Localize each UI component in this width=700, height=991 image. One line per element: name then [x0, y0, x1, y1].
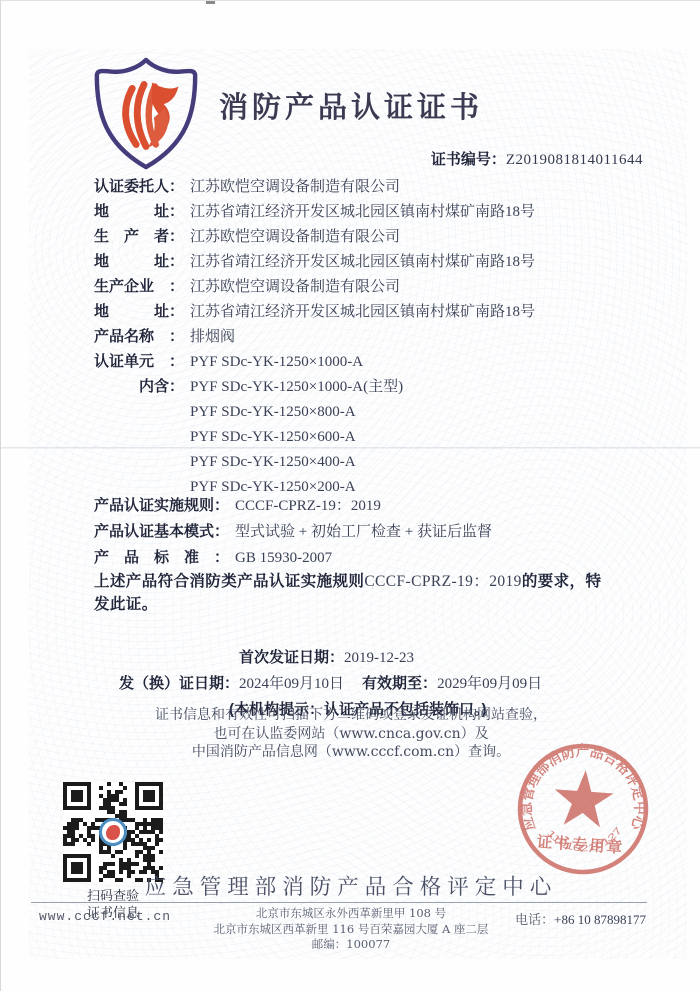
notice-line-1: 证书信息和有效性可扫描下方二维码或登录发证机构网站查验，	[61, 706, 641, 725]
field-row-producer: 生 产 者：江苏欧恺空调设备制造有限公司	[94, 224, 654, 249]
certificate-fields: 认证委托人：江苏欧恺空调设备制造有限公司 地 址：江苏省靖江经济开发区城北园区镇…	[94, 174, 654, 499]
footer-phone: 电话：+86 10 87898177	[515, 909, 646, 928]
certificate-title: 消防产品认证证书	[1, 85, 700, 126]
field-row-model-600: PYF SDc-YK-1250×600-A	[94, 424, 654, 449]
conformity-statement: 上述产品符合消防类产品认证实施规则CCCF-CPRZ-19：2019的要求，特发…	[94, 570, 612, 616]
qr-center-logo-icon	[99, 818, 127, 846]
field-row-factory: 生产企业 ：江苏欧恺空调设备制造有限公司	[94, 274, 654, 299]
field-row-product-name: 产品名称 ：排烟阀	[94, 324, 654, 349]
scan-artifact-mark	[206, 1, 215, 4]
field-row-cert-unit: 认证单元 ：PYF SDc-YK-1250×1000-A	[94, 349, 654, 374]
certificate-number: 证书编号：Z2019081814011644	[431, 148, 643, 169]
dates-block: 首次发证日期：2019-12-23 发（换）证日期：2024年09月10日有效期…	[94, 619, 654, 697]
field-row-model-800: PYF SDc-YK-1250×800-A	[94, 399, 654, 424]
field-row-address1: 地 址：江苏省靖江经济开发区城北园区镇南村煤矿南路18号	[94, 199, 654, 224]
qr-code-icon	[63, 782, 163, 882]
footer-address-2: 北京市东城区西革新里 116 号百荣嘉园大厦 A 座二层	[121, 922, 581, 938]
seal-star-icon	[552, 768, 615, 828]
footer-address-1: 北京市东城区永外西革新里甲 108 号	[121, 906, 581, 922]
footer-divider	[31, 902, 647, 903]
field-row-address3: 地 址：江苏省靖江经济开发区城北园区镇南村煤矿南路18号	[94, 299, 654, 324]
first-issue-date-row: 首次发证日期：2019-12-23	[214, 619, 654, 645]
issuing-organization-name: 应急管理部消防产品合格评定中心	[1, 870, 700, 901]
field-row-model-400: PYF SDc-YK-1250×400-A	[94, 449, 654, 474]
field-row-included-main: 内含：PYF SDc-YK-1250×1000-A(主型)	[94, 374, 654, 399]
certificate-number-label: 证书编号：	[431, 151, 506, 168]
certification-specs: 产品认证实施规则：CCCF-CPRZ-19：2019 产品认证基本模式：型式试验…	[94, 493, 654, 571]
certificate-number-value: Z2019081814011644	[506, 152, 643, 168]
footer-postcode: 邮编：100077	[121, 937, 581, 953]
spec-row-mode: 产品认证基本模式：型式试验 + 初始工厂检查 + 获证后监督	[94, 519, 654, 545]
spec-row-standard: 产 品 标 准 ：GB 15930-2007	[94, 545, 654, 571]
field-row-applicant: 认证委托人：江苏欧恺空调设备制造有限公司	[94, 174, 654, 199]
field-row-address2: 地 址：江苏省靖江经济开发区城北园区镇南村煤矿南路18号	[94, 249, 654, 274]
official-seal-stamp: 应急管理部消防产品合格评定中心 证书专用章 11010210127041	[508, 734, 658, 884]
certificate-page: 消防产品认证证书 证书编号：Z2019081814011644 认证委托人：江苏…	[0, 0, 700, 991]
spec-row-rule: 产品认证实施规则：CCCF-CPRZ-19：2019	[94, 493, 654, 519]
footer-address-block: 北京市东城区永外西革新里甲 108 号 北京市东城区西革新里 116 号百荣嘉园…	[121, 906, 581, 953]
